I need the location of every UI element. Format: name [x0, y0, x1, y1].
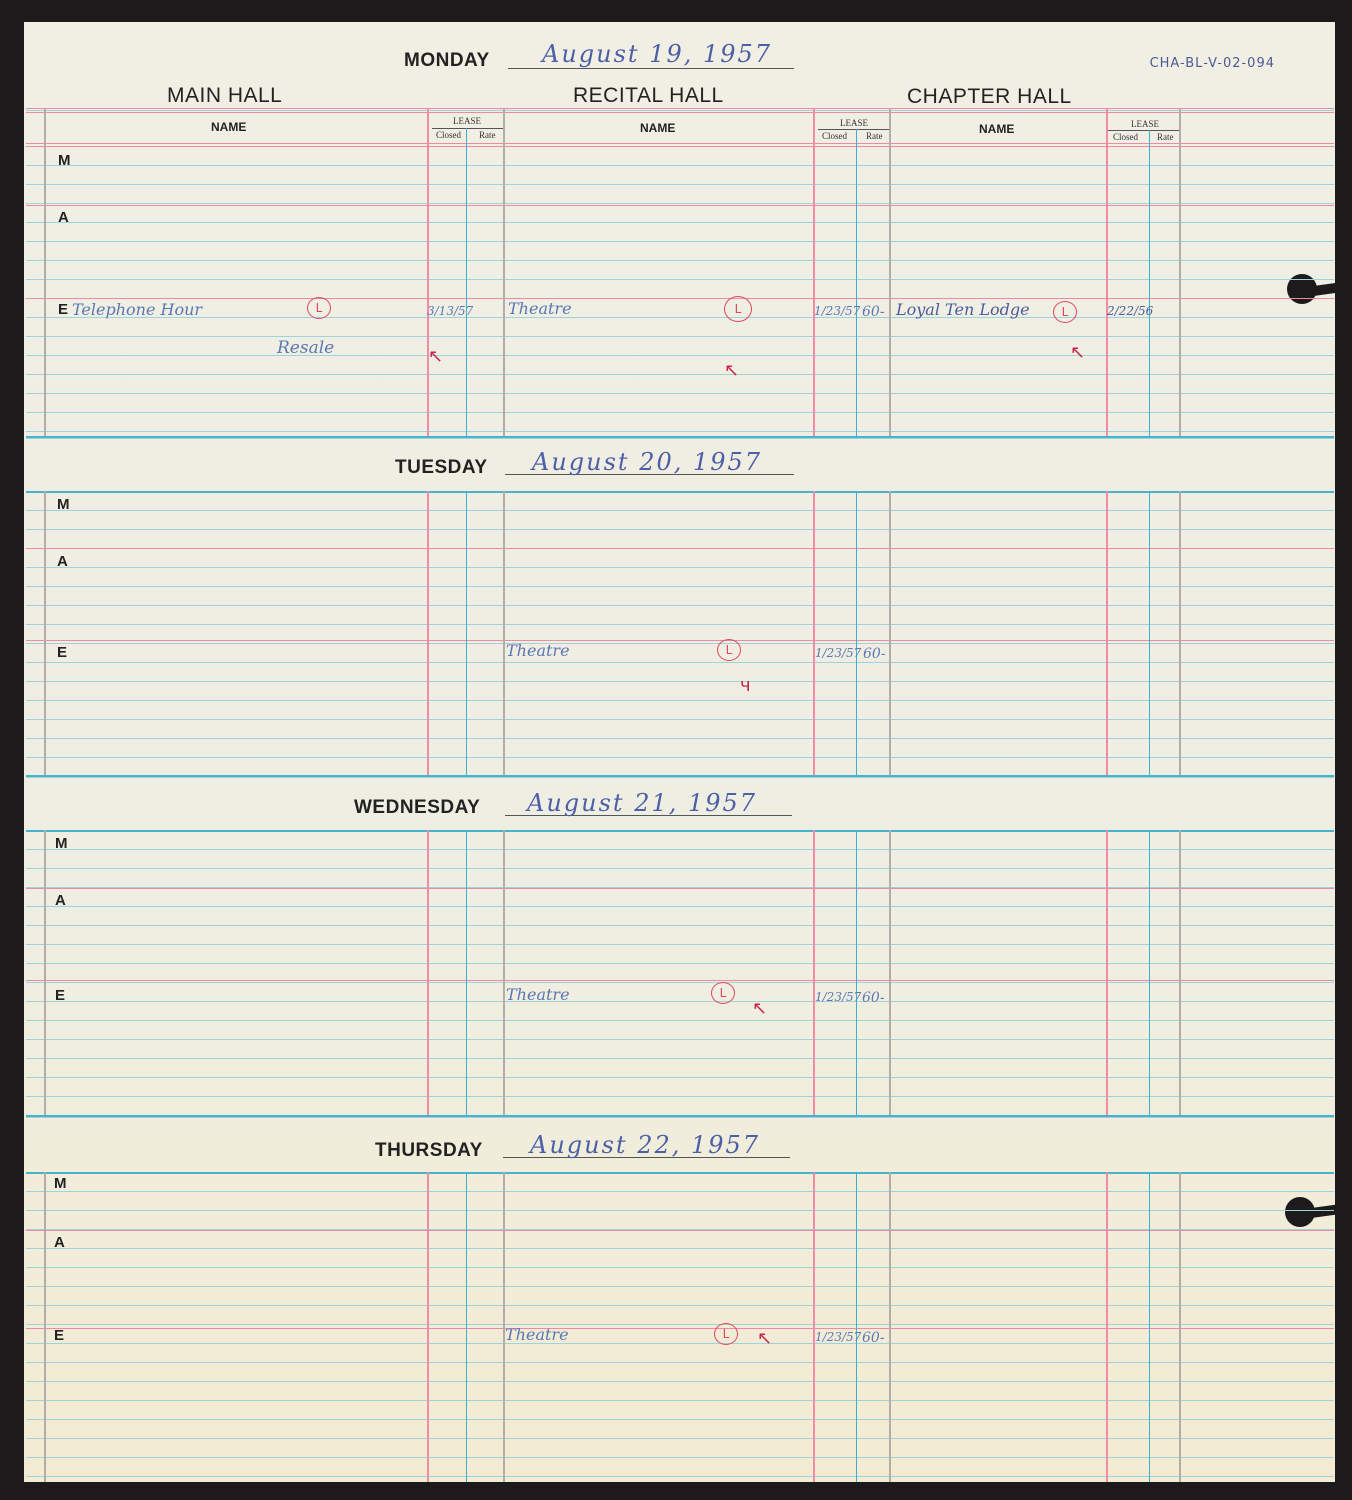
entry-recital-hall-thursday-closed: 1/23/57	[815, 1330, 861, 1344]
ruling-line	[26, 1343, 1334, 1344]
row-label-morning-tuesday: M	[57, 496, 70, 513]
lease-rate-main: Rate	[479, 130, 496, 140]
ruling-line	[26, 146, 1334, 147]
row-label-evening-tuesday: E	[57, 644, 67, 661]
lease-header-recital: LEASE	[840, 118, 868, 128]
check-mark-icon: L	[307, 297, 331, 319]
column-rule	[427, 491, 429, 775]
column-rule	[889, 1172, 891, 1482]
column-rule	[1179, 1172, 1181, 1482]
entry-main-hall-monday-closed: 3/13/57	[427, 304, 473, 318]
check-mark-icon: L	[717, 639, 741, 661]
entry-recital-hall-monday-closed: 1/23/57	[814, 304, 860, 318]
column-rule	[466, 128, 467, 436]
ruling-line	[26, 980, 1334, 981]
row-label-afternoon-monday: A	[58, 209, 69, 226]
column-rule	[1149, 130, 1150, 436]
column-rule	[1106, 491, 1108, 775]
ruling-line	[26, 1457, 1334, 1458]
ruling-line	[26, 143, 1334, 144]
lease-closed-recital: Closed	[822, 131, 847, 141]
lease-divider	[1108, 130, 1180, 131]
ruling-line	[26, 222, 1334, 223]
column-rule	[466, 830, 467, 1115]
day-label-wednesday: WEDNESDAY	[354, 797, 480, 819]
ruling-line	[26, 1191, 1334, 1192]
entry-recital-hall-thursday-name: Theatre	[505, 1325, 569, 1344]
column-rule	[503, 108, 505, 436]
ruling-line	[26, 1381, 1334, 1382]
ruling-line	[26, 681, 1334, 682]
ruling-line	[26, 1248, 1334, 1249]
date-underline-monday	[508, 68, 794, 69]
column-rule	[44, 830, 46, 1115]
entry-recital-hall-tuesday-rate: 60-	[863, 646, 886, 662]
column-rule	[1149, 830, 1150, 1115]
ruling-line	[26, 640, 1334, 641]
ruling-line	[26, 110, 1334, 111]
column-rule	[1149, 1172, 1150, 1482]
ruling-line	[26, 1210, 1334, 1211]
ruling-line	[26, 643, 1334, 644]
ruling-line	[26, 1438, 1334, 1439]
column-rule	[889, 830, 891, 1115]
column-rule	[856, 129, 857, 436]
ruling-line	[26, 982, 1334, 983]
ruling-line	[26, 586, 1334, 587]
col-header-name-main: NAME	[211, 120, 246, 134]
entry-recital-hall-wednesday-rate: 60-	[862, 990, 885, 1006]
row-label-afternoon-thursday: A	[54, 1234, 65, 1251]
ruling-line	[26, 203, 1334, 204]
check-mark-icon: L	[714, 1323, 738, 1345]
ruling-line	[26, 1328, 1334, 1329]
lease-divider	[818, 129, 889, 130]
ruling-line	[26, 1286, 1334, 1287]
entry-recital-hall-tuesday-closed: 1/23/57	[815, 646, 861, 660]
red-arrow-icon: ↖	[757, 1328, 772, 1349]
hall-title-recital: RECITAL HALL	[573, 84, 724, 108]
entry-recital-hall-wednesday-name: Theatre	[506, 985, 570, 1004]
ruling-line	[26, 1362, 1334, 1363]
day-label-thursday: THURSDAY	[375, 1140, 483, 1162]
col-header-name-chapter: NAME	[979, 122, 1014, 136]
date-thursday: August 22, 1957	[530, 1131, 760, 1159]
ruling-line	[26, 336, 1334, 337]
ruling-line	[26, 925, 1334, 926]
ruling-line	[26, 241, 1334, 242]
ruling-line	[26, 700, 1334, 701]
ruling-line	[26, 888, 1334, 889]
red-arrow-icon: ↖	[724, 360, 739, 381]
ruling-line	[26, 567, 1334, 568]
row-label-evening-thursday: E	[54, 1327, 64, 1344]
column-rule	[889, 491, 891, 775]
ruling-line	[26, 944, 1334, 945]
ruling-line	[26, 624, 1334, 625]
ruling-line	[26, 529, 1334, 530]
ruling-line	[26, 393, 1334, 394]
ruling-line	[26, 777, 1334, 778]
ruling-line	[26, 662, 1334, 663]
column-rule	[889, 108, 891, 436]
column-rule	[813, 830, 815, 1115]
column-rule	[856, 830, 857, 1115]
document-id: CHA-BL-V-02-094	[1150, 56, 1275, 71]
lease-closed-main: Closed	[436, 130, 461, 140]
ruling-line	[26, 184, 1334, 185]
ruling-line	[26, 1117, 1334, 1118]
ruling-line	[26, 906, 1334, 907]
column-rule	[427, 108, 429, 436]
ruling-line	[26, 1267, 1334, 1268]
column-rule	[813, 108, 815, 436]
lease-closed-chapter: Closed	[1113, 132, 1138, 142]
column-rule	[813, 1172, 815, 1482]
row-label-morning-thursday: M	[54, 1175, 67, 1192]
column-rule	[1179, 491, 1181, 775]
entry-recital-hall-thursday-rate: 60-	[862, 1330, 885, 1346]
column-rule	[1106, 108, 1108, 436]
ruling-line	[26, 298, 1334, 299]
ruling-line	[26, 1400, 1334, 1401]
lease-rate-chapter: Rate	[1157, 132, 1174, 142]
ruling-line	[26, 1172, 1334, 1174]
ruling-line	[26, 112, 1334, 113]
day-label-tuesday: TUESDAY	[395, 457, 488, 479]
column-rule	[1149, 491, 1150, 775]
entry-chapter-hall-monday-closed: 2/22/56	[1107, 304, 1153, 318]
ruling-line	[26, 491, 1334, 493]
ruling-line	[26, 1058, 1334, 1059]
lease-header-main: LEASE	[453, 116, 481, 126]
column-rule	[427, 830, 429, 1115]
column-rule	[1179, 108, 1181, 436]
day-label-monday: MONDAY	[404, 50, 490, 72]
column-rule	[1106, 830, 1108, 1115]
entry-main-hall-monday-name: Telephone Hour	[72, 300, 202, 319]
date-monday: August 19, 1957	[542, 40, 772, 68]
ruling-line	[26, 355, 1334, 356]
ruling-line	[26, 1020, 1334, 1021]
ruling-line	[26, 438, 1334, 439]
ruling-line	[26, 1419, 1334, 1420]
ruling-line	[26, 510, 1334, 511]
column-rule	[466, 491, 467, 775]
ruling-line	[26, 1001, 1334, 1002]
hall-title-main: MAIN HALL	[167, 84, 282, 108]
check-mark-icon: L	[1053, 301, 1077, 323]
ruling-line	[26, 1476, 1334, 1477]
ruling-line	[26, 757, 1334, 758]
row-label-evening-wednesday: E	[55, 987, 65, 1004]
ruling-line	[26, 548, 1334, 549]
ruling-line	[26, 1305, 1334, 1306]
row-label-morning-wednesday: M	[55, 835, 68, 852]
column-rule	[503, 830, 505, 1115]
ruling-line	[26, 605, 1334, 606]
column-rule	[1106, 1172, 1108, 1482]
ruling-line	[26, 260, 1334, 261]
lease-divider	[432, 128, 503, 129]
row-label-afternoon-tuesday: A	[57, 553, 68, 570]
red-arrow-icon: ↖	[1070, 342, 1085, 363]
entry-recital-hall-tuesday-name: Theatre	[506, 641, 570, 660]
date-wednesday: August 21, 1957	[527, 789, 757, 817]
row-label-afternoon-wednesday: A	[55, 892, 66, 909]
column-rule	[856, 491, 857, 775]
ruling-line	[26, 1077, 1334, 1078]
ruling-line	[26, 1324, 1334, 1325]
column-rule	[44, 491, 46, 775]
ruling-line	[26, 719, 1334, 720]
hall-title-chapter: CHAPTER HALL	[907, 85, 1072, 109]
ruling-line	[26, 738, 1334, 739]
ruling-line	[26, 165, 1334, 166]
ruling-line	[26, 1039, 1334, 1040]
red-arrow-icon: ↖	[428, 346, 443, 367]
ruling-line	[26, 412, 1334, 413]
column-rule	[813, 491, 815, 775]
entry-recital-hall-monday-name: Theatre	[508, 299, 572, 318]
column-rule	[503, 491, 505, 775]
column-rule	[856, 1172, 857, 1482]
date-tuesday: August 20, 1957	[532, 448, 762, 476]
ruling-line	[26, 868, 1334, 869]
ruling-line	[26, 1230, 1334, 1231]
check-mark-icon: L	[724, 296, 752, 322]
red-mark-icon: ч	[740, 675, 751, 696]
ruling-line	[26, 1096, 1334, 1097]
col-header-name-recital: NAME	[640, 121, 675, 135]
lease-header-chapter: LEASE	[1131, 119, 1159, 129]
column-rule	[1179, 830, 1181, 1115]
entry-recital-hall-wednesday-closed: 1/23/57	[815, 990, 861, 1004]
column-rule	[44, 108, 46, 436]
ruling-line	[26, 830, 1334, 832]
column-rule	[44, 1172, 46, 1482]
check-mark-icon: L	[711, 982, 735, 1004]
ruling-line	[26, 205, 1334, 206]
ruling-line	[26, 431, 1334, 432]
column-rule	[466, 1172, 467, 1482]
ruling-line	[26, 963, 1334, 964]
column-rule	[427, 1172, 429, 1482]
entry-main-hall-monday-note: Resale	[277, 338, 334, 358]
row-label-morning-monday: M	[58, 152, 71, 169]
ruling-line	[26, 374, 1334, 375]
red-arrow-icon: ↖	[752, 998, 767, 1019]
ruling-line	[26, 108, 1334, 109]
entry-chapter-hall-monday-name: Loyal Ten Lodge	[896, 300, 1030, 319]
ruling-line	[26, 279, 1334, 280]
ruling-line	[26, 849, 1334, 850]
lease-rate-recital: Rate	[866, 131, 883, 141]
row-label-evening-monday: E	[58, 301, 68, 318]
entry-recital-hall-monday-rate: 60-	[862, 304, 885, 320]
